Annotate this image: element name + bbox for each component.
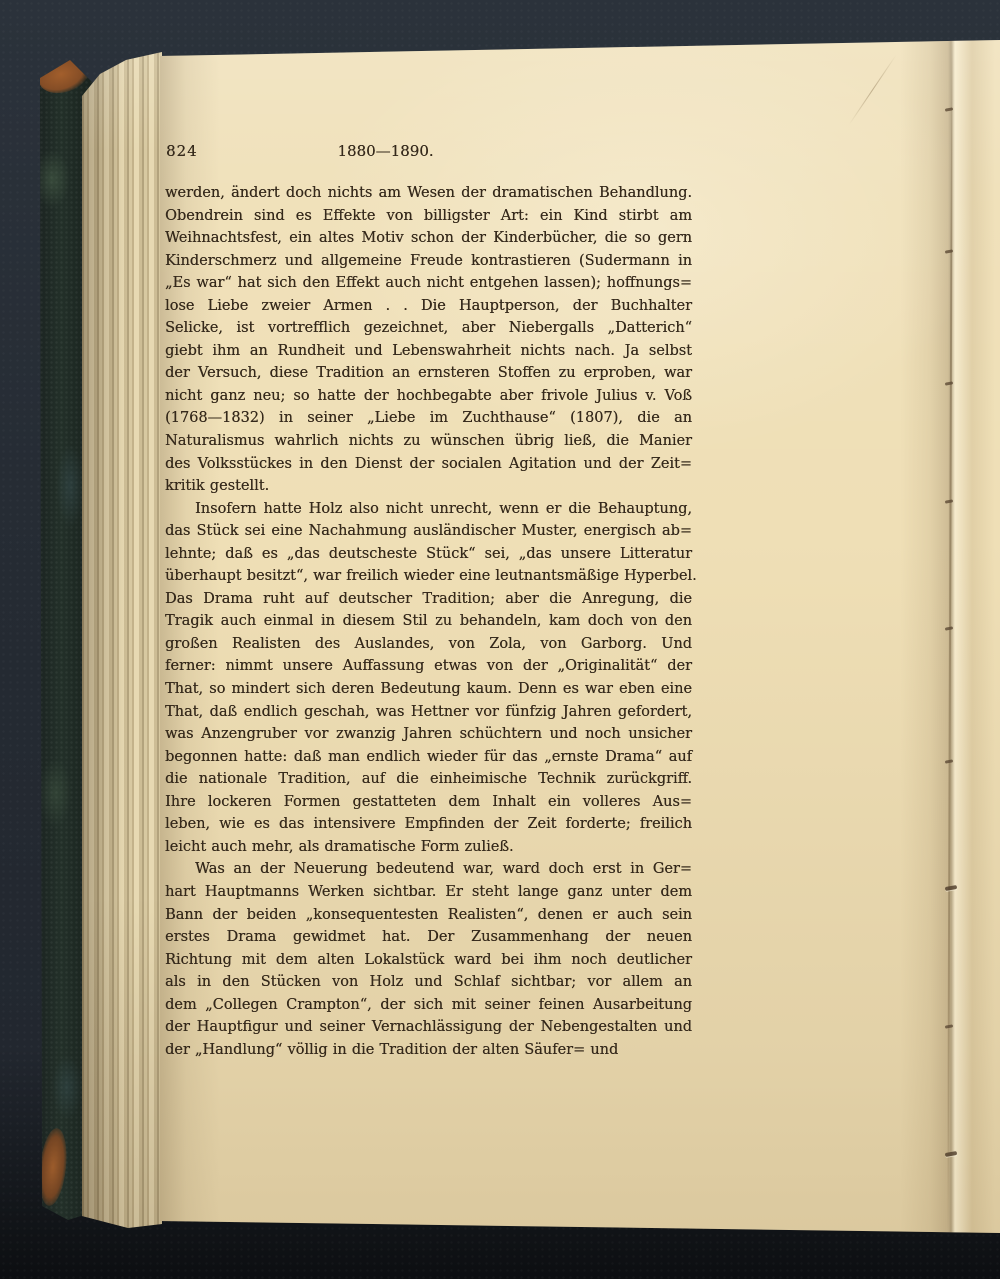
- page-content: 824 1880—1890. werden, ändert doch nicht…: [165, 140, 692, 1061]
- text-line: Kinderschmerz und allgemeine Freude kont…: [165, 250, 692, 273]
- stitch-mark: [945, 626, 953, 630]
- body-text: werden, ändert doch nichts am Wesen der …: [165, 182, 692, 1061]
- text-line: die nationale Tradition, auf die einheim…: [165, 768, 692, 791]
- page-number: 824: [166, 142, 198, 160]
- text-line: giebt ihm an Rundheit und Lebenswahrheit…: [165, 340, 692, 363]
- text-line: was Anzengruber vor zwanzig Jahren schüc…: [165, 723, 692, 746]
- text-line: ferner: nimmt unsere Auffassung etwas vo…: [165, 655, 692, 678]
- stitch-mark: [945, 759, 953, 763]
- stitch-mark: [945, 1024, 953, 1028]
- text-line: Naturalismus wahrlich nichts zu wünschen…: [165, 430, 692, 453]
- text-line: werden, ändert doch nichts am Wesen der …: [165, 182, 692, 205]
- text-line: Tragik auch einmal in diesem Stil zu beh…: [165, 610, 692, 633]
- text-line: des Volksstückes in den Dienst der socia…: [165, 453, 692, 476]
- text-line: Was an der Neuerung bedeutend war, ward …: [165, 858, 692, 881]
- text-line: leicht auch mehr, als dramatische Form z…: [165, 836, 692, 859]
- text-line: Obendrein sind es Effekte von billigster…: [165, 205, 692, 228]
- text-line: „Es war“ hat sich den Effekt auch nicht …: [165, 272, 692, 295]
- text-line: That, daß endlich geschah, was Hettner v…: [165, 701, 692, 724]
- text-line: (1768—1832) in seiner „Liebe im Zuchthau…: [165, 407, 692, 430]
- leather-wear-top: [34, 51, 94, 99]
- text-line: begonnen hatte: daß man endlich wieder f…: [165, 746, 692, 769]
- text-line: der Versuch, diese Tradition an ernstere…: [165, 362, 692, 385]
- text-line: überhaupt besitzt“, war freilich wieder …: [165, 565, 692, 588]
- text-line: der Hauptfigur und seiner Vernachlässigu…: [165, 1016, 692, 1039]
- text-line: großen Realisten des Auslandes, von Zola…: [165, 633, 692, 656]
- text-line: das Stück sei eine Nachahmung ausländisc…: [165, 520, 692, 543]
- text-line: dem „Collegen Crampton“, der sich mit se…: [165, 994, 692, 1017]
- book-scan-photo: 824 1880—1890. werden, ändert doch nicht…: [0, 0, 1000, 1279]
- text-line: als in den Stücken von Holz und Schlaf s…: [165, 971, 692, 994]
- text-line: Weihnachtsfest, ein altes Motiv schon de…: [165, 227, 692, 250]
- text-line: leben, wie es das intensivere Empfinden …: [165, 813, 692, 836]
- text-line: nicht ganz neu; so hatte der hochbegabte…: [165, 385, 692, 408]
- stitch-mark: [945, 885, 958, 891]
- paper-crease-mark: [849, 55, 897, 125]
- running-header: 1880—1890.: [328, 142, 443, 160]
- page-header: 824 1880—1890.: [165, 140, 692, 182]
- text-line: erstes Drama gewidmet hat. Der Zusammenh…: [165, 926, 692, 949]
- stitch-mark: [945, 499, 953, 503]
- gutter-crease: [947, 44, 953, 1230]
- text-line: That, so mindert sich deren Bedeutung ka…: [165, 678, 692, 701]
- text-line: Das Drama ruht auf deutscher Tradition; …: [165, 588, 692, 611]
- text-line: Selicke, ist vortrefflich gezeichnet, ab…: [165, 317, 692, 340]
- text-line: Bann der beiden „konsequentesten Realist…: [165, 904, 692, 927]
- text-line: hart Hauptmanns Werken sichtbar. Er steh…: [165, 881, 692, 904]
- page-edge-stack: [82, 0, 162, 1279]
- leather-wear-bottom: [36, 1127, 70, 1207]
- stitch-mark: [945, 381, 953, 385]
- text-line: kritik gestellt.: [165, 475, 692, 498]
- text-line: lose Liebe zweier Armen . . Die Hauptper…: [165, 295, 692, 318]
- text-line: Insofern hatte Holz also nicht unrecht, …: [165, 498, 692, 521]
- text-line: lehnte; daß es „das deutscheste Stück“ s…: [165, 543, 692, 566]
- text-line: der „Handlung“ völlig in die Tradition d…: [165, 1039, 692, 1062]
- text-line: Richtung mit dem alten Lokalstück ward b…: [165, 949, 692, 972]
- stitch-mark: [945, 1151, 958, 1157]
- text-line: Ihre lockeren Formen gestatteten dem Inh…: [165, 791, 692, 814]
